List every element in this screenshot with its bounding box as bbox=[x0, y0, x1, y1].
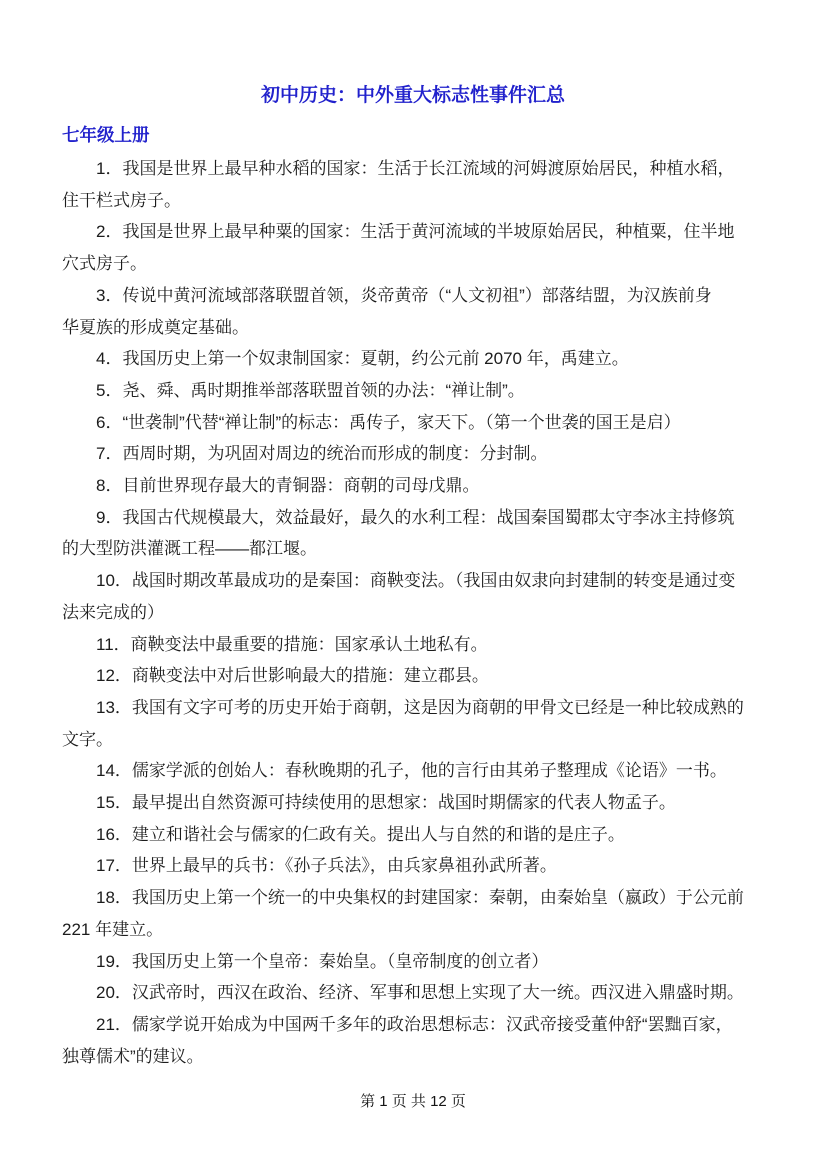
document-line: 20．汉武帝时，西汉在政治、经济、军事和思想上实现了大一统。西汉进入鼎盛时期。 bbox=[62, 977, 764, 1009]
paragraph: 21．儒家学说开始成为中国两千多年的政治思想标志：汉武帝接受董仲舒“罢黜百家，独… bbox=[62, 1009, 764, 1072]
paragraph: 20．汉武帝时，西汉在政治、经济、军事和思想上实现了大一统。西汉进入鼎盛时期。 bbox=[62, 977, 764, 1009]
paragraph: 3．传说中黄河流域部落联盟首领，炎帝黄帝（“人文初祖”）部落结盟，为汉族前身华夏… bbox=[62, 280, 764, 343]
document-line: 18．我国历史上第一个统一的中央集权的封建国家：秦朝，由秦始皇（嬴政）于公元前 bbox=[62, 882, 764, 914]
paragraph: 6．“世袭制”代替“禅让制”的标志：禹传子，家天下。（第一个世袭的国王是启） bbox=[62, 407, 764, 439]
document-line: 的大型防洪灌溉工程——都江堰。 bbox=[62, 533, 764, 565]
page-footer: 第 1 页 共 12 页 bbox=[0, 1092, 826, 1112]
document-line: 华夏族的形成奠定基础。 bbox=[62, 312, 764, 344]
section-heading: 七年级上册 bbox=[62, 120, 764, 150]
document-line: 11．商鞅变法中最重要的措施：国家承认土地私有。 bbox=[62, 629, 764, 661]
document-line: 3．传说中黄河流域部落联盟首领，炎帝黄帝（“人文初祖”）部落结盟，为汉族前身 bbox=[62, 280, 764, 312]
document-line: 文字。 bbox=[62, 724, 764, 756]
document-body: 1．我国是世界上最早种水稻的国家：生活于长江流域的河姆渡原始居民，种植水稻，住干… bbox=[62, 153, 764, 1072]
paragraph: 18．我国历史上第一个统一的中央集权的封建国家：秦朝，由秦始皇（嬴政）于公元前2… bbox=[62, 882, 764, 945]
document-line: 1．我国是世界上最早种水稻的国家：生活于长江流域的河姆渡原始居民，种植水稻， bbox=[62, 153, 764, 185]
document-line: 221 年建立。 bbox=[62, 914, 764, 946]
paragraph: 19．我国历史上第一个皇帝：秦始皇。（皇帝制度的创立者） bbox=[62, 946, 764, 978]
document-line: 穴式房子。 bbox=[62, 248, 764, 280]
document-line: 15．最早提出自然资源可持续使用的思想家：战国时期儒家的代表人物孟子。 bbox=[62, 787, 764, 819]
paragraph: 12．商鞅变法中对后世影响最大的措施：建立郡县。 bbox=[62, 660, 764, 692]
paragraph: 7．西周时期，为巩固对周边的统治而形成的制度：分封制。 bbox=[62, 438, 764, 470]
paragraph: 11．商鞅变法中最重要的措施：国家承认土地私有。 bbox=[62, 629, 764, 661]
paragraph: 1．我国是世界上最早种水稻的国家：生活于长江流域的河姆渡原始居民，种植水稻，住干… bbox=[62, 153, 764, 216]
document-line: 19．我国历史上第一个皇帝：秦始皇。（皇帝制度的创立者） bbox=[62, 946, 764, 978]
document-line: 14．儒家学派的创始人：春秋晚期的孔子，他的言行由其弟子整理成《论语》一书。 bbox=[62, 755, 764, 787]
paragraph: 4．我国历史上第一个奴隶制国家：夏朝，约公元前 2070 年，禹建立。 bbox=[62, 343, 764, 375]
document-line: 8．目前世界现存最大的青铜器：商朝的司母戊鼎。 bbox=[62, 470, 764, 502]
paragraph: 17．世界上最早的兵书：《孙子兵法》，由兵家鼻祖孙武所著。 bbox=[62, 850, 764, 882]
paragraph: 10．战国时期改革最成功的是秦国：商鞅变法。（我国由奴隶向封建制的转变是通过变法… bbox=[62, 565, 764, 628]
paragraph: 15．最早提出自然资源可持续使用的思想家：战国时期儒家的代表人物孟子。 bbox=[62, 787, 764, 819]
paragraph: 13．我国有文字可考的历史开始于商朝，这是因为商朝的甲骨文已经是一种比较成熟的文… bbox=[62, 692, 764, 755]
document-line: 21．儒家学说开始成为中国两千多年的政治思想标志：汉武帝接受董仲舒“罢黜百家， bbox=[62, 1009, 764, 1041]
paragraph: 2．我国是世界上最早种粟的国家：生活于黄河流域的半坡原始居民，种植粟，住半地穴式… bbox=[62, 216, 764, 279]
document-line: 4．我国历史上第一个奴隶制国家：夏朝，约公元前 2070 年，禹建立。 bbox=[62, 343, 764, 375]
page-title: 初中历史：中外重大标志性事件汇总 bbox=[62, 84, 764, 107]
document-line: 住干栏式房子。 bbox=[62, 185, 764, 217]
document-line: 16．建立和谐社会与儒家的仁政有关。提出人与自然的和谐的是庄子。 bbox=[62, 819, 764, 851]
document-content: 初中历史：中外重大标志性事件汇总 七年级上册 1．我国是世界上最早种水稻的国家：… bbox=[62, 84, 764, 1072]
document-line: 12．商鞅变法中对后世影响最大的措施：建立郡县。 bbox=[62, 660, 764, 692]
paragraph: 14．儒家学派的创始人：春秋晚期的孔子，他的言行由其弟子整理成《论语》一书。 bbox=[62, 755, 764, 787]
paragraph: 8．目前世界现存最大的青铜器：商朝的司母戊鼎。 bbox=[62, 470, 764, 502]
document-line: 10．战国时期改革最成功的是秦国：商鞅变法。（我国由奴隶向封建制的转变是通过变 bbox=[62, 565, 764, 597]
document-line: 7．西周时期，为巩固对周边的统治而形成的制度：分封制。 bbox=[62, 438, 764, 470]
document-page: 初中历史：中外重大标志性事件汇总 七年级上册 1．我国是世界上最早种水稻的国家：… bbox=[0, 0, 826, 1169]
document-line: 17．世界上最早的兵书：《孙子兵法》，由兵家鼻祖孙武所著。 bbox=[62, 850, 764, 882]
paragraph: 16．建立和谐社会与儒家的仁政有关。提出人与自然的和谐的是庄子。 bbox=[62, 819, 764, 851]
document-line: 2．我国是世界上最早种粟的国家：生活于黄河流域的半坡原始居民，种植粟，住半地 bbox=[62, 216, 764, 248]
paragraph: 5．尧、舜、禹时期推举部落联盟首领的办法：“禅让制”。 bbox=[62, 375, 764, 407]
paragraph: 9．我国古代规模最大，效益最好，最久的水利工程：战国秦国蜀郡太守李冰主持修筑的大… bbox=[62, 502, 764, 565]
document-line: 5．尧、舜、禹时期推举部落联盟首领的办法：“禅让制”。 bbox=[62, 375, 764, 407]
document-line: 独尊儒术”的建议。 bbox=[62, 1041, 764, 1073]
document-line: 6．“世袭制”代替“禅让制”的标志：禹传子，家天下。（第一个世袭的国王是启） bbox=[62, 407, 764, 439]
document-line: 法来完成的） bbox=[62, 597, 764, 629]
document-line: 13．我国有文字可考的历史开始于商朝，这是因为商朝的甲骨文已经是一种比较成熟的 bbox=[62, 692, 764, 724]
document-line: 9．我国古代规模最大，效益最好，最久的水利工程：战国秦国蜀郡太守李冰主持修筑 bbox=[62, 502, 764, 534]
